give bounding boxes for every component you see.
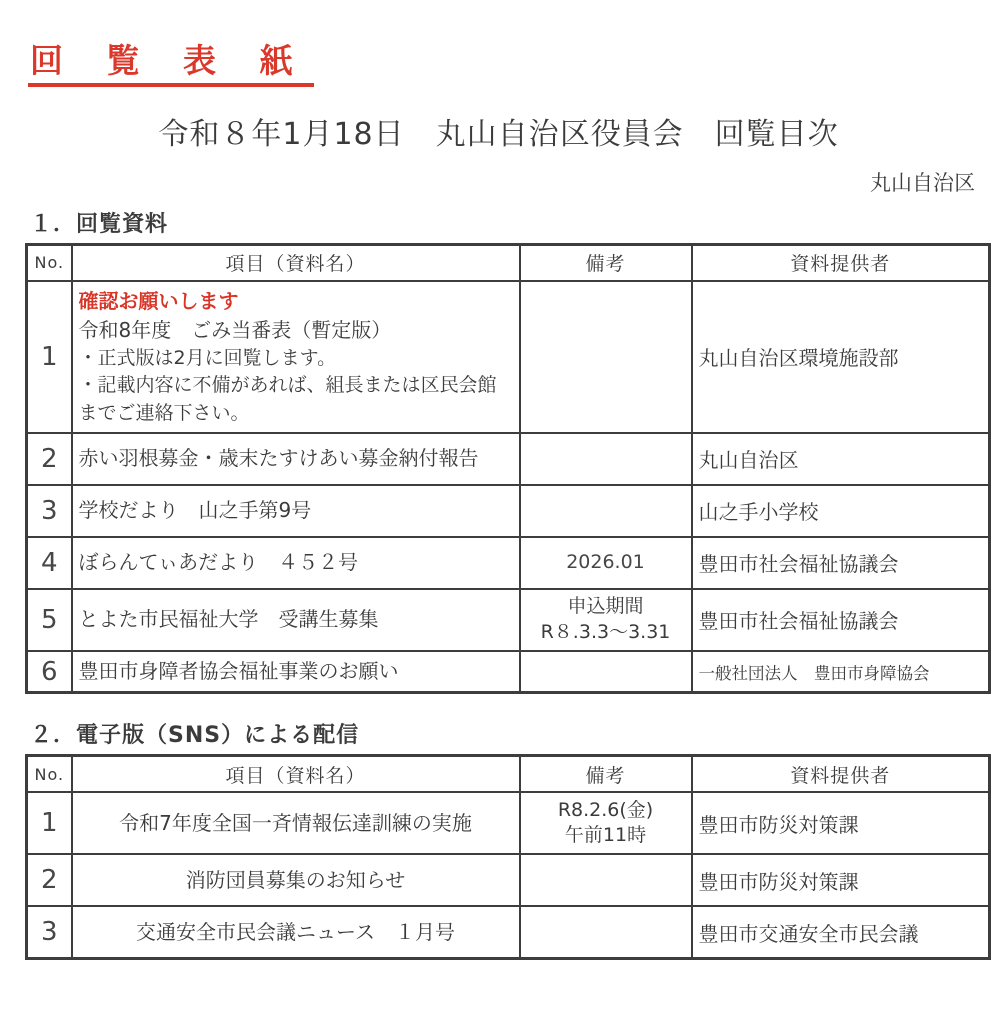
row-remarks	[520, 433, 692, 485]
row-provider: 山之手小学校	[692, 485, 990, 537]
table-row: 6 豊田市身障者協会福祉事業のお願い 一般社団法人 豊田市身障協会	[27, 651, 990, 693]
col-header-provider: 資料提供者	[692, 244, 990, 281]
row-item: 確認お願いします 令和8年度 ごみ当番表（暫定版） ・正式版は2月に回覧します。…	[72, 281, 520, 433]
row-remarks-line2: 午前11時	[527, 823, 685, 849]
row-remarks: 2026.01	[520, 537, 692, 589]
row-no: 4	[27, 537, 72, 589]
table-header-row: No. 項目（資料名） 備考 資料提供者	[27, 244, 990, 281]
col-header-remarks: 備考	[520, 756, 692, 793]
row-provider: 丸山自治区	[692, 433, 990, 485]
row-item: 交通安全市民会議ニュース １月号	[72, 906, 520, 958]
table-row: 4 ぼらんてぃあだより ４５２号 2026.01 豊田市社会福祉協議会	[27, 537, 990, 589]
row-provider: 豊田市社会福祉協議会	[692, 589, 990, 651]
row-no: 3	[27, 906, 72, 958]
table-row: 1 確認お願いします 令和8年度 ごみ当番表（暫定版） ・正式版は2月に回覧しま…	[27, 281, 990, 433]
row-no: 2	[27, 854, 72, 906]
row-remarks-line1: R8.2.6(金)	[527, 798, 685, 824]
row-remarks: R8.2.6(金) 午前11時	[520, 792, 692, 854]
table-row: 2 消防団員募集のお知らせ 豊田市防災対策課	[27, 854, 990, 906]
sns-distribution-table: No. 項目（資料名） 備考 資料提供者 1 令和7年度全国一斉情報伝達訓練の実…	[25, 754, 991, 960]
row-no: 6	[27, 651, 72, 693]
row-provider: 豊田市防災対策課	[692, 792, 990, 854]
row-remarks-line1: 申込期間	[527, 594, 685, 620]
row-no: 5	[27, 589, 72, 651]
row-item-title: 令和8年度 ごみ当番表（暫定版）	[79, 316, 513, 345]
col-header-provider: 資料提供者	[692, 756, 990, 793]
col-header-remarks: 備考	[520, 244, 692, 281]
circulation-materials-table: No. 項目（資料名） 備考 資料提供者 1 確認お願いします 令和8年度 ごみ…	[25, 243, 991, 695]
row-no: 2	[27, 433, 72, 485]
row-item: 学校だより 山之手第9号	[72, 485, 520, 537]
row-item: 消防団員募集のお知らせ	[72, 854, 520, 906]
row-item-warning: 確認お願いします	[79, 287, 513, 316]
row-provider: 丸山自治区環境施設部	[692, 281, 990, 433]
table-header-row: No. 項目（資料名） 備考 資料提供者	[27, 756, 990, 793]
row-item: 令和7年度全国一斉情報伝達訓練の実施	[72, 792, 520, 854]
row-item: ぼらんてぃあだより ４５２号	[72, 537, 520, 589]
org-name-right: 丸山自治区	[0, 167, 997, 197]
col-header-item: 項目（資料名）	[72, 244, 520, 281]
row-item-note1: ・正式版は2月に回覧します。	[79, 345, 513, 373]
row-provider: 豊田市交通安全市民会議	[692, 906, 990, 958]
section1-heading: １．回覧資料	[30, 207, 997, 238]
col-header-no: No.	[27, 756, 72, 793]
row-provider: 一般社団法人 豊田市身障協会	[692, 651, 990, 693]
row-remarks	[520, 854, 692, 906]
row-no: 1	[27, 792, 72, 854]
table-row: 5 とよた市民福祉大学 受講生募集 申込期間 R８.3.3～3.31 豊田市社会…	[27, 589, 990, 651]
row-remarks	[520, 485, 692, 537]
row-item: 豊田市身障者協会福祉事業のお願い	[72, 651, 520, 693]
row-provider: 豊田市社会福祉協議会	[692, 537, 990, 589]
row-remarks	[520, 281, 692, 433]
document-title: 令和８年1月18日 丸山自治区役員会 回覧目次	[0, 109, 997, 153]
col-header-no: No.	[27, 244, 72, 281]
row-remarks-line2: R８.3.3～3.31	[527, 620, 685, 646]
row-remarks	[520, 651, 692, 693]
table-row: 2 赤い羽根募金・歳末たすけあい募金納付報告 丸山自治区	[27, 433, 990, 485]
col-header-item: 項目（資料名）	[72, 756, 520, 793]
document-page: 回 覧 表 紙 令和８年1月18日 丸山自治区役員会 回覧目次 丸山自治区 １．…	[0, 0, 997, 1024]
row-item-note2: ・記載内容に不備があれば、組長または区民会館までご連絡下さい。	[79, 372, 513, 427]
circular-cover-stamp: 回 覧 表 紙	[28, 42, 314, 87]
row-item: とよた市民福祉大学 受講生募集	[72, 589, 520, 651]
row-no: 1	[27, 281, 72, 433]
table-row: 1 令和7年度全国一斉情報伝達訓練の実施 R8.2.6(金) 午前11時 豊田市…	[27, 792, 990, 854]
row-no: 3	[27, 485, 72, 537]
row-item: 赤い羽根募金・歳末たすけあい募金納付報告	[72, 433, 520, 485]
row-remarks	[520, 906, 692, 958]
section2-heading: ２．電子版（SNS）による配信	[30, 718, 997, 749]
row-remarks: 申込期間 R８.3.3～3.31	[520, 589, 692, 651]
table-row: 3 学校だより 山之手第9号 山之手小学校	[27, 485, 990, 537]
table-row: 3 交通安全市民会議ニュース １月号 豊田市交通安全市民会議	[27, 906, 990, 958]
row-provider: 豊田市防災対策課	[692, 854, 990, 906]
